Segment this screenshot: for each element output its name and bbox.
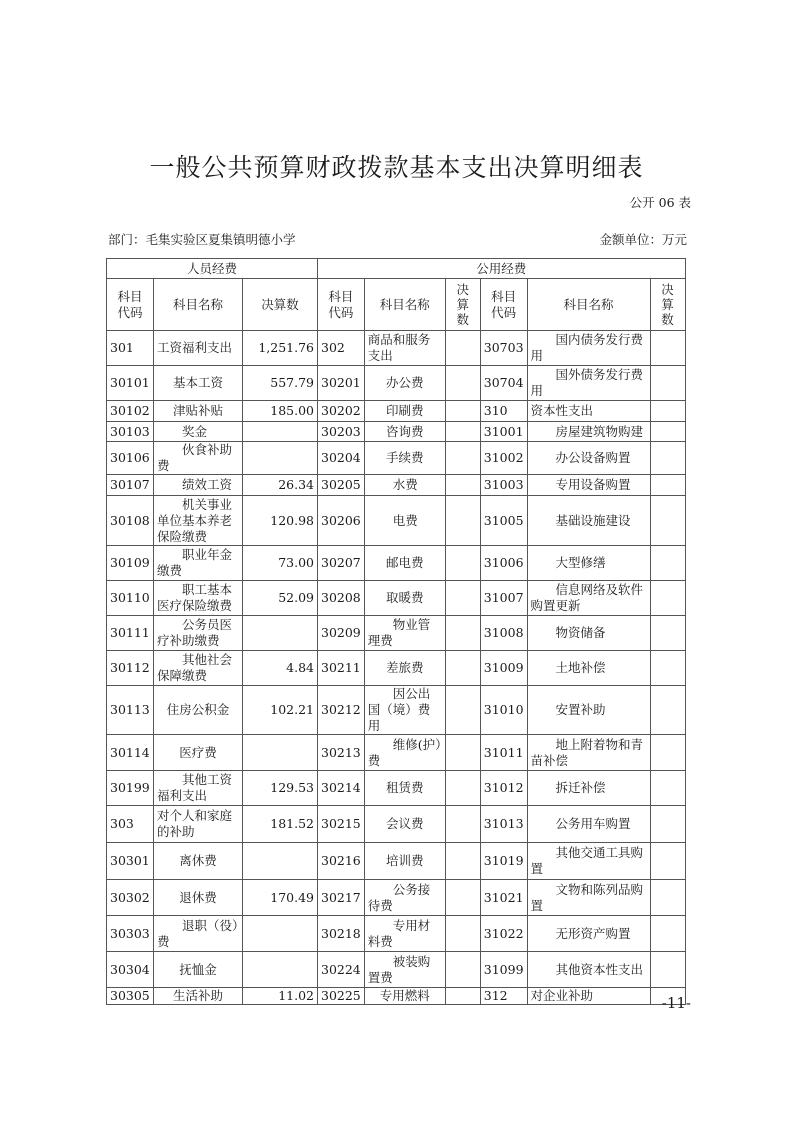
public-amount-cell (445, 843, 480, 880)
public-name-cell: 因公出国（境）费用 (364, 686, 445, 735)
personnel-code-cell: 301 (107, 331, 154, 366)
personnel-amount-cell: 1,251.76 (243, 331, 318, 366)
personnel-code-cell: 30303 (107, 916, 154, 952)
col-header-name: 科目名称 (527, 279, 650, 331)
personnel-name-cell: 绩效工资 (154, 475, 243, 496)
capital-code-cell: 310 (480, 401, 527, 422)
public-amount-cell (445, 735, 480, 771)
capital-amount-cell (650, 952, 685, 988)
personnel-code-cell: 30109 (107, 546, 154, 581)
public-code-cell: 30215 (318, 806, 365, 843)
public-code-cell: 30216 (318, 843, 365, 880)
capital-code-cell: 31009 (480, 651, 527, 686)
col-header-name: 科目名称 (364, 279, 445, 331)
capital-code-cell: 30704 (480, 366, 527, 401)
personnel-amount-cell: 185.00 (243, 401, 318, 422)
capital-name-cell: 信息网络及软件购置更新 (527, 581, 650, 616)
public-amount-cell (445, 422, 480, 442)
public-amount-cell (445, 331, 480, 366)
personnel-name-cell: 伙食补助费 (154, 442, 243, 475)
personnel-name-cell: 其他社会保障缴费 (154, 651, 243, 686)
table-row: 30304抚恤金30224被装购置费31099其他资本性支出 (107, 952, 686, 988)
capital-name-cell: 拆迁补偿 (527, 771, 650, 806)
capital-name-cell: 其他交通工具购置 (527, 843, 650, 880)
personnel-code-cell: 30301 (107, 843, 154, 880)
capital-code-cell: 31007 (480, 581, 527, 616)
table-row: 30303退职（役）费30218专用材料费31022无形资产购置 (107, 916, 686, 952)
personnel-amount-cell: 102.21 (243, 686, 318, 735)
column-header-row: 科目代码 科目名称 决算数 科目代码 科目名称 决算数 科目代码 科目名称 决算… (107, 279, 686, 331)
personnel-name-cell: 抚恤金 (154, 952, 243, 988)
table-row: 30108机关事业单位基本养老保险缴费120.9830206电费31005基础设… (107, 496, 686, 546)
public-amount-cell (445, 581, 480, 616)
personnel-name-cell: 生活补助 (154, 988, 243, 1005)
personnel-name-cell: 离休费 (154, 843, 243, 880)
public-code-cell: 30203 (318, 422, 365, 442)
personnel-code-cell: 303 (107, 806, 154, 843)
personnel-amount-cell (243, 952, 318, 988)
public-name-cell: 培训费 (364, 843, 445, 880)
capital-name-cell: 资本性支出 (527, 401, 650, 422)
public-code-cell: 30217 (318, 880, 365, 916)
public-code-cell: 30211 (318, 651, 365, 686)
capital-code-cell: 31099 (480, 952, 527, 988)
table-row: 30102津贴补贴185.0030202印刷费310资本性支出 (107, 401, 686, 422)
capital-name-cell: 土地补偿 (527, 651, 650, 686)
table-row: 30107绩效工资26.3430205水费31003专用设备购置 (107, 475, 686, 496)
capital-amount-cell (650, 475, 685, 496)
public-name-cell: 水费 (364, 475, 445, 496)
public-code-cell: 30204 (318, 442, 365, 475)
capital-amount-cell (650, 735, 685, 771)
public-amount-cell (445, 880, 480, 916)
public-name-cell: 维修(护）费 (364, 735, 445, 771)
col-header-amount: 决算数 (445, 279, 480, 331)
capital-name-cell: 物资储备 (527, 616, 650, 651)
personnel-amount-cell (243, 735, 318, 771)
public-code-cell: 30208 (318, 581, 365, 616)
personnel-code-cell: 30113 (107, 686, 154, 735)
capital-code-cell: 31002 (480, 442, 527, 475)
capital-amount-cell (650, 806, 685, 843)
public-name-cell: 公务接待费 (364, 880, 445, 916)
personnel-amount-cell: 11.02 (243, 988, 318, 1005)
public-amount-cell (445, 442, 480, 475)
table-row: 30109职业年金缴费73.0030207邮电费31006大型修缮 (107, 546, 686, 581)
capital-code-cell: 31021 (480, 880, 527, 916)
col-header-amount: 决算数 (243, 279, 318, 331)
public-code-cell: 302 (318, 331, 365, 366)
capital-amount-cell (650, 616, 685, 651)
capital-code-cell: 31013 (480, 806, 527, 843)
public-amount-cell (445, 686, 480, 735)
personnel-code-cell: 30110 (107, 581, 154, 616)
personnel-amount-cell (243, 422, 318, 442)
public-name-cell: 被装购置费 (364, 952, 445, 988)
personnel-code-cell: 30302 (107, 880, 154, 916)
public-code-cell: 30209 (318, 616, 365, 651)
personnel-name-cell: 基本工资 (154, 366, 243, 401)
public-code-cell: 30205 (318, 475, 365, 496)
capital-name-cell: 房屋建筑物购建 (527, 422, 650, 442)
public-name-cell: 取暖费 (364, 581, 445, 616)
public-name-cell: 邮电费 (364, 546, 445, 581)
public-code-cell: 30224 (318, 952, 365, 988)
capital-code-cell: 31001 (480, 422, 527, 442)
capital-name-cell: 对企业补助 (527, 988, 650, 1005)
capital-amount-cell (650, 880, 685, 916)
capital-name-cell: 文物和陈列品购置 (527, 880, 650, 916)
capital-amount-cell (650, 401, 685, 422)
table-row: 30106伙食补助费30204手续费31002办公设备购置 (107, 442, 686, 475)
public-amount-cell (445, 771, 480, 806)
capital-code-cell: 31006 (480, 546, 527, 581)
personnel-name-cell: 医疗费 (154, 735, 243, 771)
public-name-cell: 差旅费 (364, 651, 445, 686)
personnel-amount-cell: 557.79 (243, 366, 318, 401)
personnel-name-cell: 职业年金缴费 (154, 546, 243, 581)
capital-code-cell: 31012 (480, 771, 527, 806)
personnel-name-cell: 工资福利支出 (154, 331, 243, 366)
capital-name-cell: 国内债务发行费用 (527, 331, 650, 366)
group-header-personnel: 人员经费 (107, 259, 318, 279)
public-code-cell: 30202 (318, 401, 365, 422)
capital-name-cell: 大型修缮 (527, 546, 650, 581)
col-header-code: 科目代码 (318, 279, 365, 331)
capital-amount-cell (650, 496, 685, 546)
personnel-amount-cell: 129.53 (243, 771, 318, 806)
capital-code-cell: 312 (480, 988, 527, 1005)
public-amount-cell (445, 916, 480, 952)
personnel-code-cell: 30108 (107, 496, 154, 546)
capital-name-cell: 地上附着物和青苗补偿 (527, 735, 650, 771)
personnel-amount-cell: 52.09 (243, 581, 318, 616)
col-header-code: 科目代码 (480, 279, 527, 331)
public-name-cell: 手续费 (364, 442, 445, 475)
capital-amount-cell (650, 581, 685, 616)
group-header-row: 人员经费 公用经费 (107, 259, 686, 279)
table-row: 30113住房公积金102.2130212因公出国（境）费用31010安置补助 (107, 686, 686, 735)
capital-code-cell: 31010 (480, 686, 527, 735)
personnel-code-cell: 30199 (107, 771, 154, 806)
public-name-cell: 咨询费 (364, 422, 445, 442)
table-row: 30301离休费30216培训费31019其他交通工具购置 (107, 843, 686, 880)
personnel-code-cell: 30107 (107, 475, 154, 496)
capital-name-cell: 国外债务发行费用 (527, 366, 650, 401)
personnel-name-cell: 对个人和家庭的补助 (154, 806, 243, 843)
personnel-amount-cell: 181.52 (243, 806, 318, 843)
public-code-cell: 30206 (318, 496, 365, 546)
capital-amount-cell (650, 686, 685, 735)
table-row: 301工资福利支出1,251.76302商品和服务支出30703国内债务发行费用 (107, 331, 686, 366)
public-name-cell: 专用材料费 (364, 916, 445, 952)
personnel-name-cell: 奖金 (154, 422, 243, 442)
capital-amount-cell (650, 366, 685, 401)
public-name-cell: 会议费 (364, 806, 445, 843)
capital-code-cell: 31005 (480, 496, 527, 546)
personnel-name-cell: 退休费 (154, 880, 243, 916)
capital-name-cell: 公务用车购置 (527, 806, 650, 843)
table-row: 30302退休费170.4930217公务接待费31021文物和陈列品购置 (107, 880, 686, 916)
public-amount-cell (445, 546, 480, 581)
personnel-code-cell: 30112 (107, 651, 154, 686)
personnel-name-cell: 职工基本医疗保险缴费 (154, 581, 243, 616)
public-name-cell: 商品和服务支出 (364, 331, 445, 366)
capital-amount-cell (650, 771, 685, 806)
personnel-code-cell: 30111 (107, 616, 154, 651)
expenditure-detail-table: 人员经费 公用经费 科目代码 科目名称 决算数 科目代码 科目名称 决算数 科目… (106, 258, 686, 1005)
public-amount-cell (445, 806, 480, 843)
table-row: 30101基本工资557.7930201办公费30704国外债务发行费用 (107, 366, 686, 401)
form-number: 公开 06 表 (630, 193, 691, 211)
capital-amount-cell (650, 331, 685, 366)
public-name-cell: 电费 (364, 496, 445, 546)
personnel-amount-cell: 120.98 (243, 496, 318, 546)
personnel-name-cell: 机关事业单位基本养老保险缴费 (154, 496, 243, 546)
table-row: 30114医疗费30213维修(护）费31011地上附着物和青苗补偿 (107, 735, 686, 771)
personnel-amount-cell: 170.49 (243, 880, 318, 916)
capital-code-cell: 31022 (480, 916, 527, 952)
amount-unit-label: 金额单位：万元 (599, 230, 687, 248)
capital-name-cell: 其他资本性支出 (527, 952, 650, 988)
personnel-code-cell: 30101 (107, 366, 154, 401)
capital-amount-cell (650, 843, 685, 880)
col-header-code: 科目代码 (107, 279, 154, 331)
public-code-cell: 30225 (318, 988, 365, 1005)
public-code-cell: 30201 (318, 366, 365, 401)
personnel-amount-cell: 4.84 (243, 651, 318, 686)
public-code-cell: 30207 (318, 546, 365, 581)
capital-code-cell: 31008 (480, 616, 527, 651)
capital-name-cell: 办公设备购置 (527, 442, 650, 475)
personnel-code-cell: 30102 (107, 401, 154, 422)
public-amount-cell (445, 952, 480, 988)
table-row: 30112其他社会保障缴费4.8430211差旅费31009土地补偿 (107, 651, 686, 686)
personnel-name-cell: 退职（役）费 (154, 916, 243, 952)
page-number: -11- (662, 994, 691, 1012)
personnel-code-cell: 30114 (107, 735, 154, 771)
public-amount-cell (445, 651, 480, 686)
public-amount-cell (445, 475, 480, 496)
public-amount-cell (445, 401, 480, 422)
personnel-amount-cell (243, 442, 318, 475)
capital-amount-cell (650, 546, 685, 581)
group-header-public: 公用经费 (318, 259, 686, 279)
public-amount-cell (445, 496, 480, 546)
public-amount-cell (445, 988, 480, 1005)
personnel-amount-cell (243, 916, 318, 952)
public-amount-cell (445, 366, 480, 401)
personnel-code-cell: 30106 (107, 442, 154, 475)
personnel-name-cell: 其他工资福利支出 (154, 771, 243, 806)
capital-amount-cell (650, 651, 685, 686)
public-code-cell: 30212 (318, 686, 365, 735)
capital-amount-cell (650, 422, 685, 442)
public-name-cell: 物业管理费 (364, 616, 445, 651)
personnel-amount-cell: 73.00 (243, 546, 318, 581)
public-code-cell: 30218 (318, 916, 365, 952)
table-row: 30305生活补助11.0230225专用燃料312对企业补助 (107, 988, 686, 1005)
capital-code-cell: 31011 (480, 735, 527, 771)
col-header-name: 科目名称 (154, 279, 243, 331)
public-amount-cell (445, 616, 480, 651)
personnel-amount-cell: 26.34 (243, 475, 318, 496)
capital-name-cell: 安置补助 (527, 686, 650, 735)
personnel-name-cell: 公务员医疗补助缴费 (154, 616, 243, 651)
personnel-code-cell: 30305 (107, 988, 154, 1005)
capital-name-cell: 无形资产购置 (527, 916, 650, 952)
personnel-amount-cell (243, 616, 318, 651)
table-row: 30103奖金30203咨询费31001房屋建筑物购建 (107, 422, 686, 442)
capital-code-cell: 31003 (480, 475, 527, 496)
table-row: 30111公务员医疗补助缴费30209物业管理费31008物资储备 (107, 616, 686, 651)
table-row: 303对个人和家庭的补助181.5230215会议费31013公务用车购置 (107, 806, 686, 843)
capital-name-cell: 专用设备购置 (527, 475, 650, 496)
personnel-code-cell: 30103 (107, 422, 154, 442)
public-name-cell: 租赁费 (364, 771, 445, 806)
public-name-cell: 专用燃料 (364, 988, 445, 1005)
table-row: 30199其他工资福利支出129.5330214租赁费31012拆迁补偿 (107, 771, 686, 806)
capital-amount-cell (650, 442, 685, 475)
personnel-code-cell: 30304 (107, 952, 154, 988)
capital-amount-cell (650, 916, 685, 952)
public-code-cell: 30214 (318, 771, 365, 806)
capital-code-cell: 30703 (480, 331, 527, 366)
page-title: 一般公共预算财政拨款基本支出决算明细表 (0, 148, 793, 184)
public-name-cell: 印刷费 (364, 401, 445, 422)
capital-name-cell: 基础设施建设 (527, 496, 650, 546)
col-header-amount: 决算数 (650, 279, 685, 331)
public-code-cell: 30213 (318, 735, 365, 771)
personnel-amount-cell (243, 843, 318, 880)
table-row: 30110职工基本医疗保险缴费52.0930208取暖费31007信息网络及软件… (107, 581, 686, 616)
personnel-name-cell: 津贴补贴 (154, 401, 243, 422)
capital-code-cell: 31019 (480, 843, 527, 880)
department-label: 部门：毛集实验区夏集镇明德小学 (108, 230, 296, 248)
personnel-name-cell: 住房公积金 (154, 686, 243, 735)
public-name-cell: 办公费 (364, 366, 445, 401)
